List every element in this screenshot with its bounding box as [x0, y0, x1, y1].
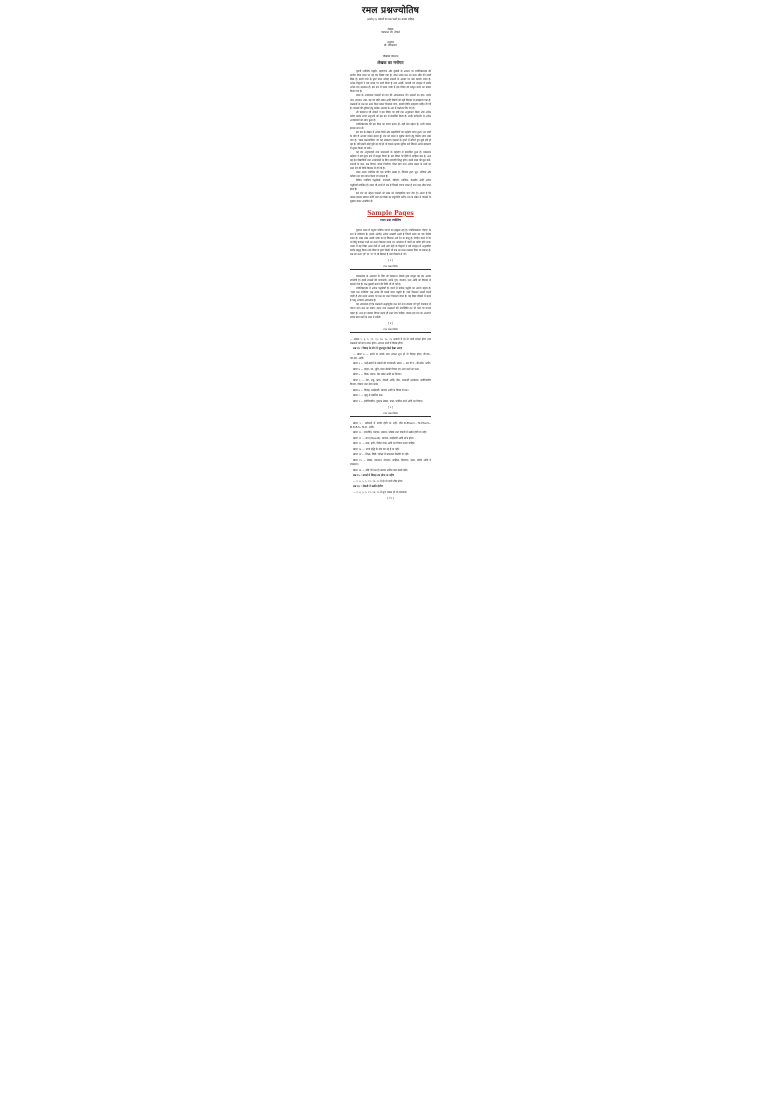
preface-heading: लेखक का मनोगत	[350, 60, 431, 66]
preface-paragraph: इस ग्रंथ के लेखन में अनेक मित्रों और सहय…	[350, 131, 431, 151]
list-item: खाना १२ — व्यय, हानि, विदेश यात्रा आदि क…	[350, 442, 431, 446]
sample-paragraph: पुरातन काल से मनुष्य भविष्य जानने का इच्…	[350, 229, 431, 257]
sample-paragraph: — शकल १, ३, ९, ११, १२, १४, १५, १६ आयतों …	[350, 338, 431, 346]
preface-paragraph: ज्योतिषशास्त्र की इस विधा का प्रचार प्रस…	[350, 123, 431, 131]
question-heading: प्रश्न १४ : विवाह के योग में शुभाशुभ कैस…	[350, 347, 431, 351]
page-number: [ ५ ]	[350, 405, 431, 409]
list-item: खाना १४ — शिक्षा, डिग्री, परीक्षा में सफ…	[350, 453, 431, 457]
list-item: खाना १५ — लेखन, प्रकाशन, संपादन, साहित्य…	[350, 459, 431, 467]
list-item: खाना ९ : धर्मकार्य में प्रगति होगी या नह…	[350, 422, 431, 430]
list-item: खाना ३ — भाई-बहनों के संबंधों की जानकारी…	[350, 362, 431, 366]
sample-pages-heading: Sample Pages	[350, 210, 431, 217]
question-heading: प्रश्न १५ : सगाई में विवाह तय होगा या नह…	[350, 474, 431, 478]
preface-paragraph: रमल के अभ्यासक पाठकों को ग्रंथ की आवश्यक…	[350, 94, 431, 110]
document-column: रमल प्रश्नज्योतिष (अर्थात् १६ शकलों का प…	[350, 0, 431, 502]
list-item: खाना ८ — मृत्यु से संबंधित प्रश्न।	[350, 394, 431, 398]
list-item: — १, ३, ५, ९, ११, १४, १५ में हो तो कार्य…	[350, 480, 431, 484]
book-subtitle: (अर्थात् १६ शकलों का प्रश्न फलों का आधार…	[350, 18, 431, 21]
preface-paragraph: श्री चंद्रकान्त जी शेवाले ने इस विषय पर …	[350, 111, 431, 123]
preface-paragraph: पुरानी ज्योतिष पद्धति, ग्रहगणना और कुंडल…	[350, 70, 431, 94]
list-item: खाना ४ — वाहन, घर, भूमि, माता संबंधी विच…	[350, 368, 431, 372]
list-item: — खाना ७ — उसमें या उसके साथ शकल शुभ हो …	[350, 353, 431, 361]
running-head: रमल प्रश्नज्योतिष	[350, 327, 431, 333]
running-head: रमल प्रश्नज्योतिष	[350, 411, 431, 417]
book-title: रमल प्रश्नज्योतिष	[350, 3, 431, 16]
preface-paragraph: यह ग्रंथ अनुवादकों तथा प्रकाशकों के सहयो…	[350, 151, 431, 171]
author-name: चंद्रकान्त जी. शेवाले	[350, 31, 431, 34]
list-item: खाना १० : राजनीति, व्यापार, सम्मान, प्रत…	[350, 431, 431, 435]
list-item: — १, ३, ५, ९, ११, १४, १५ में शुभ शकल हो …	[350, 491, 431, 495]
list-item: खाना ७ — विवाह, साझेदारी, व्यापार आदि के…	[350, 389, 431, 393]
running-head: रमल प्रश्नज्योतिष	[350, 264, 431, 270]
sample-paragraph: यह आवश्यक है कि प्रश्नकर्ता श्रद्धापूर्व…	[350, 303, 431, 319]
publisher-name: चौखम्बा प्रकाशन	[350, 54, 431, 58]
list-item: खाना १६ — कोई भी प्रश्न हो उसका अंतिम फल…	[350, 469, 431, 473]
translator-name: डॉ. रवीन्द्रनाथ	[350, 44, 431, 47]
preface-paragraph: इस ग्रंथ का उद्देश्य पाठकों को रमल का व्…	[350, 192, 431, 204]
list-item: खाना ५ — विद्या, संतान, प्रेम संबंध आदि …	[350, 373, 431, 377]
page-number: [ ३ ]	[350, 258, 431, 262]
list-item: खाना ११ — लाभ (Result), व्यापार, साझेदार…	[350, 437, 431, 441]
list-item: खाना ९ — इंजीनियरिंग, पुस्तक लेखन, यात्र…	[350, 400, 431, 404]
question-heading: प्रश्न १६ : नौकरी में उन्नति होगी?	[350, 485, 431, 489]
sample-pages-subheading: रमल प्रश्न ज्योतिष	[350, 218, 431, 222]
sample-paragraph: ज्योतिषशास्त्र में अनेक पद्धतियाँ हैं। इ…	[350, 287, 431, 303]
list-item: खाना ६ — रोग, शत्रु, ऋण, नौकरी आदि। बैंक…	[350, 379, 431, 387]
preface-paragraph: विविध ज्योतिष पद्धतियाँ, पाराशरी, जैमिनी…	[350, 179, 431, 191]
sample-paragraph: रमलशास्त्र के अध्ययन के लिए श्री चंद्रका…	[350, 275, 431, 287]
list-item: खाना १३ — भाग्य वृद्धि के योग बन रहे हैं…	[350, 448, 431, 452]
page-number: [ ४ ]	[350, 321, 431, 325]
page-number: [ ११ ]	[350, 496, 431, 500]
